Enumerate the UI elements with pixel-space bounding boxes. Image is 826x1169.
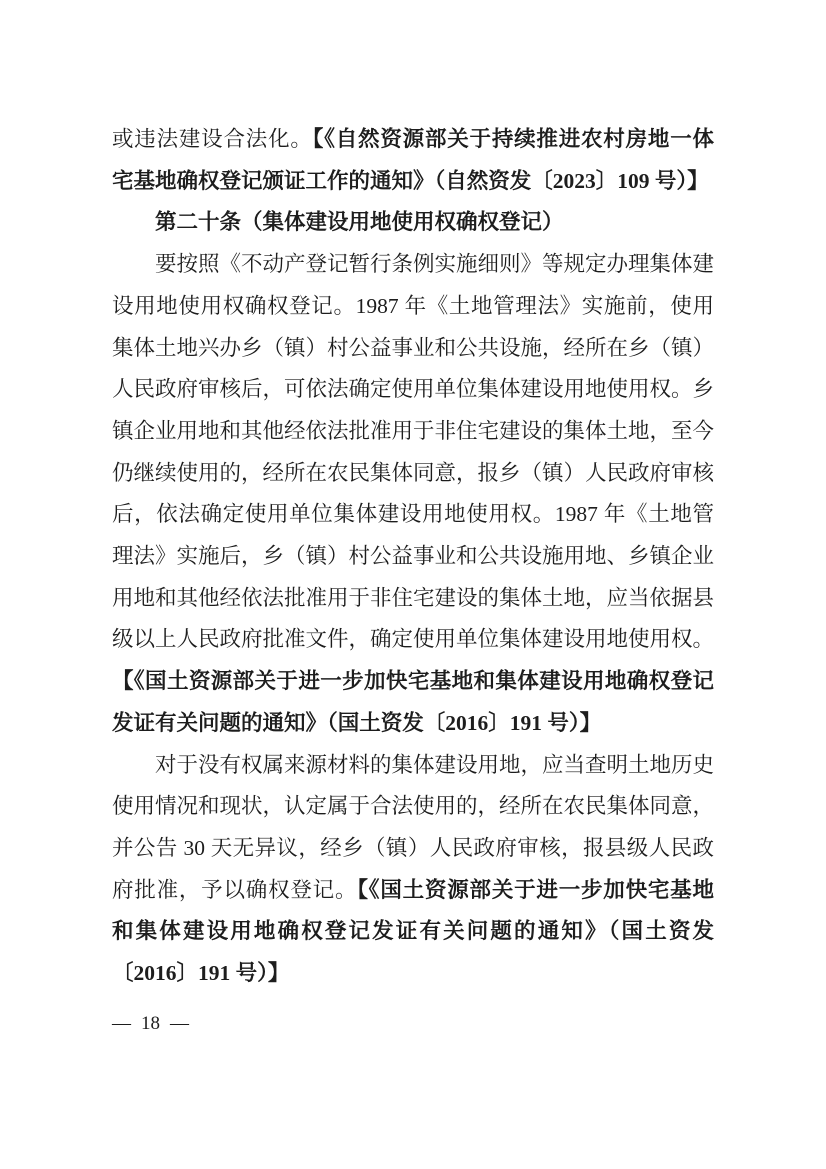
citation-text: 【《国土资源部关于进一步加快宅基地和集体建设用地确权登记发证有关问题的通知》（国…	[112, 669, 714, 735]
document-body: 或违法建设合法化。【《自然资源部关于持续推进农村房地一体宅基地确权登记颁证工作的…	[112, 119, 714, 995]
page-footer: —18—	[112, 1010, 189, 1038]
body-text: 或违法建设合法化。	[112, 127, 313, 151]
paragraph-continuation: 或违法建设合法化。【《自然资源部关于持续推进农村房地一体宅基地确权登记颁证工作的…	[112, 119, 714, 202]
footer-dash-left: —	[112, 1013, 131, 1034]
paragraph: 要按照《不动产登记暂行条例实施细则》等规定办理集体建设用地使用权确权登记。198…	[112, 244, 714, 744]
footer-dash-right: —	[170, 1013, 189, 1034]
paragraph: 对于没有权属来源材料的集体建设用地，应当查明土地历史使用情况和现状，认定属于合法…	[112, 745, 714, 995]
section-heading: 第二十条（集体建设用地使用权确权登记）	[112, 202, 714, 244]
document-page: 或违法建设合法化。【《自然资源部关于持续推进农村房地一体宅基地确权登记颁证工作的…	[0, 0, 826, 1169]
body-text: 要按照《不动产登记暂行条例实施细则》等规定办理集体建设用地使用权确权登记。198…	[112, 252, 714, 651]
page-number: 18	[141, 1013, 160, 1034]
